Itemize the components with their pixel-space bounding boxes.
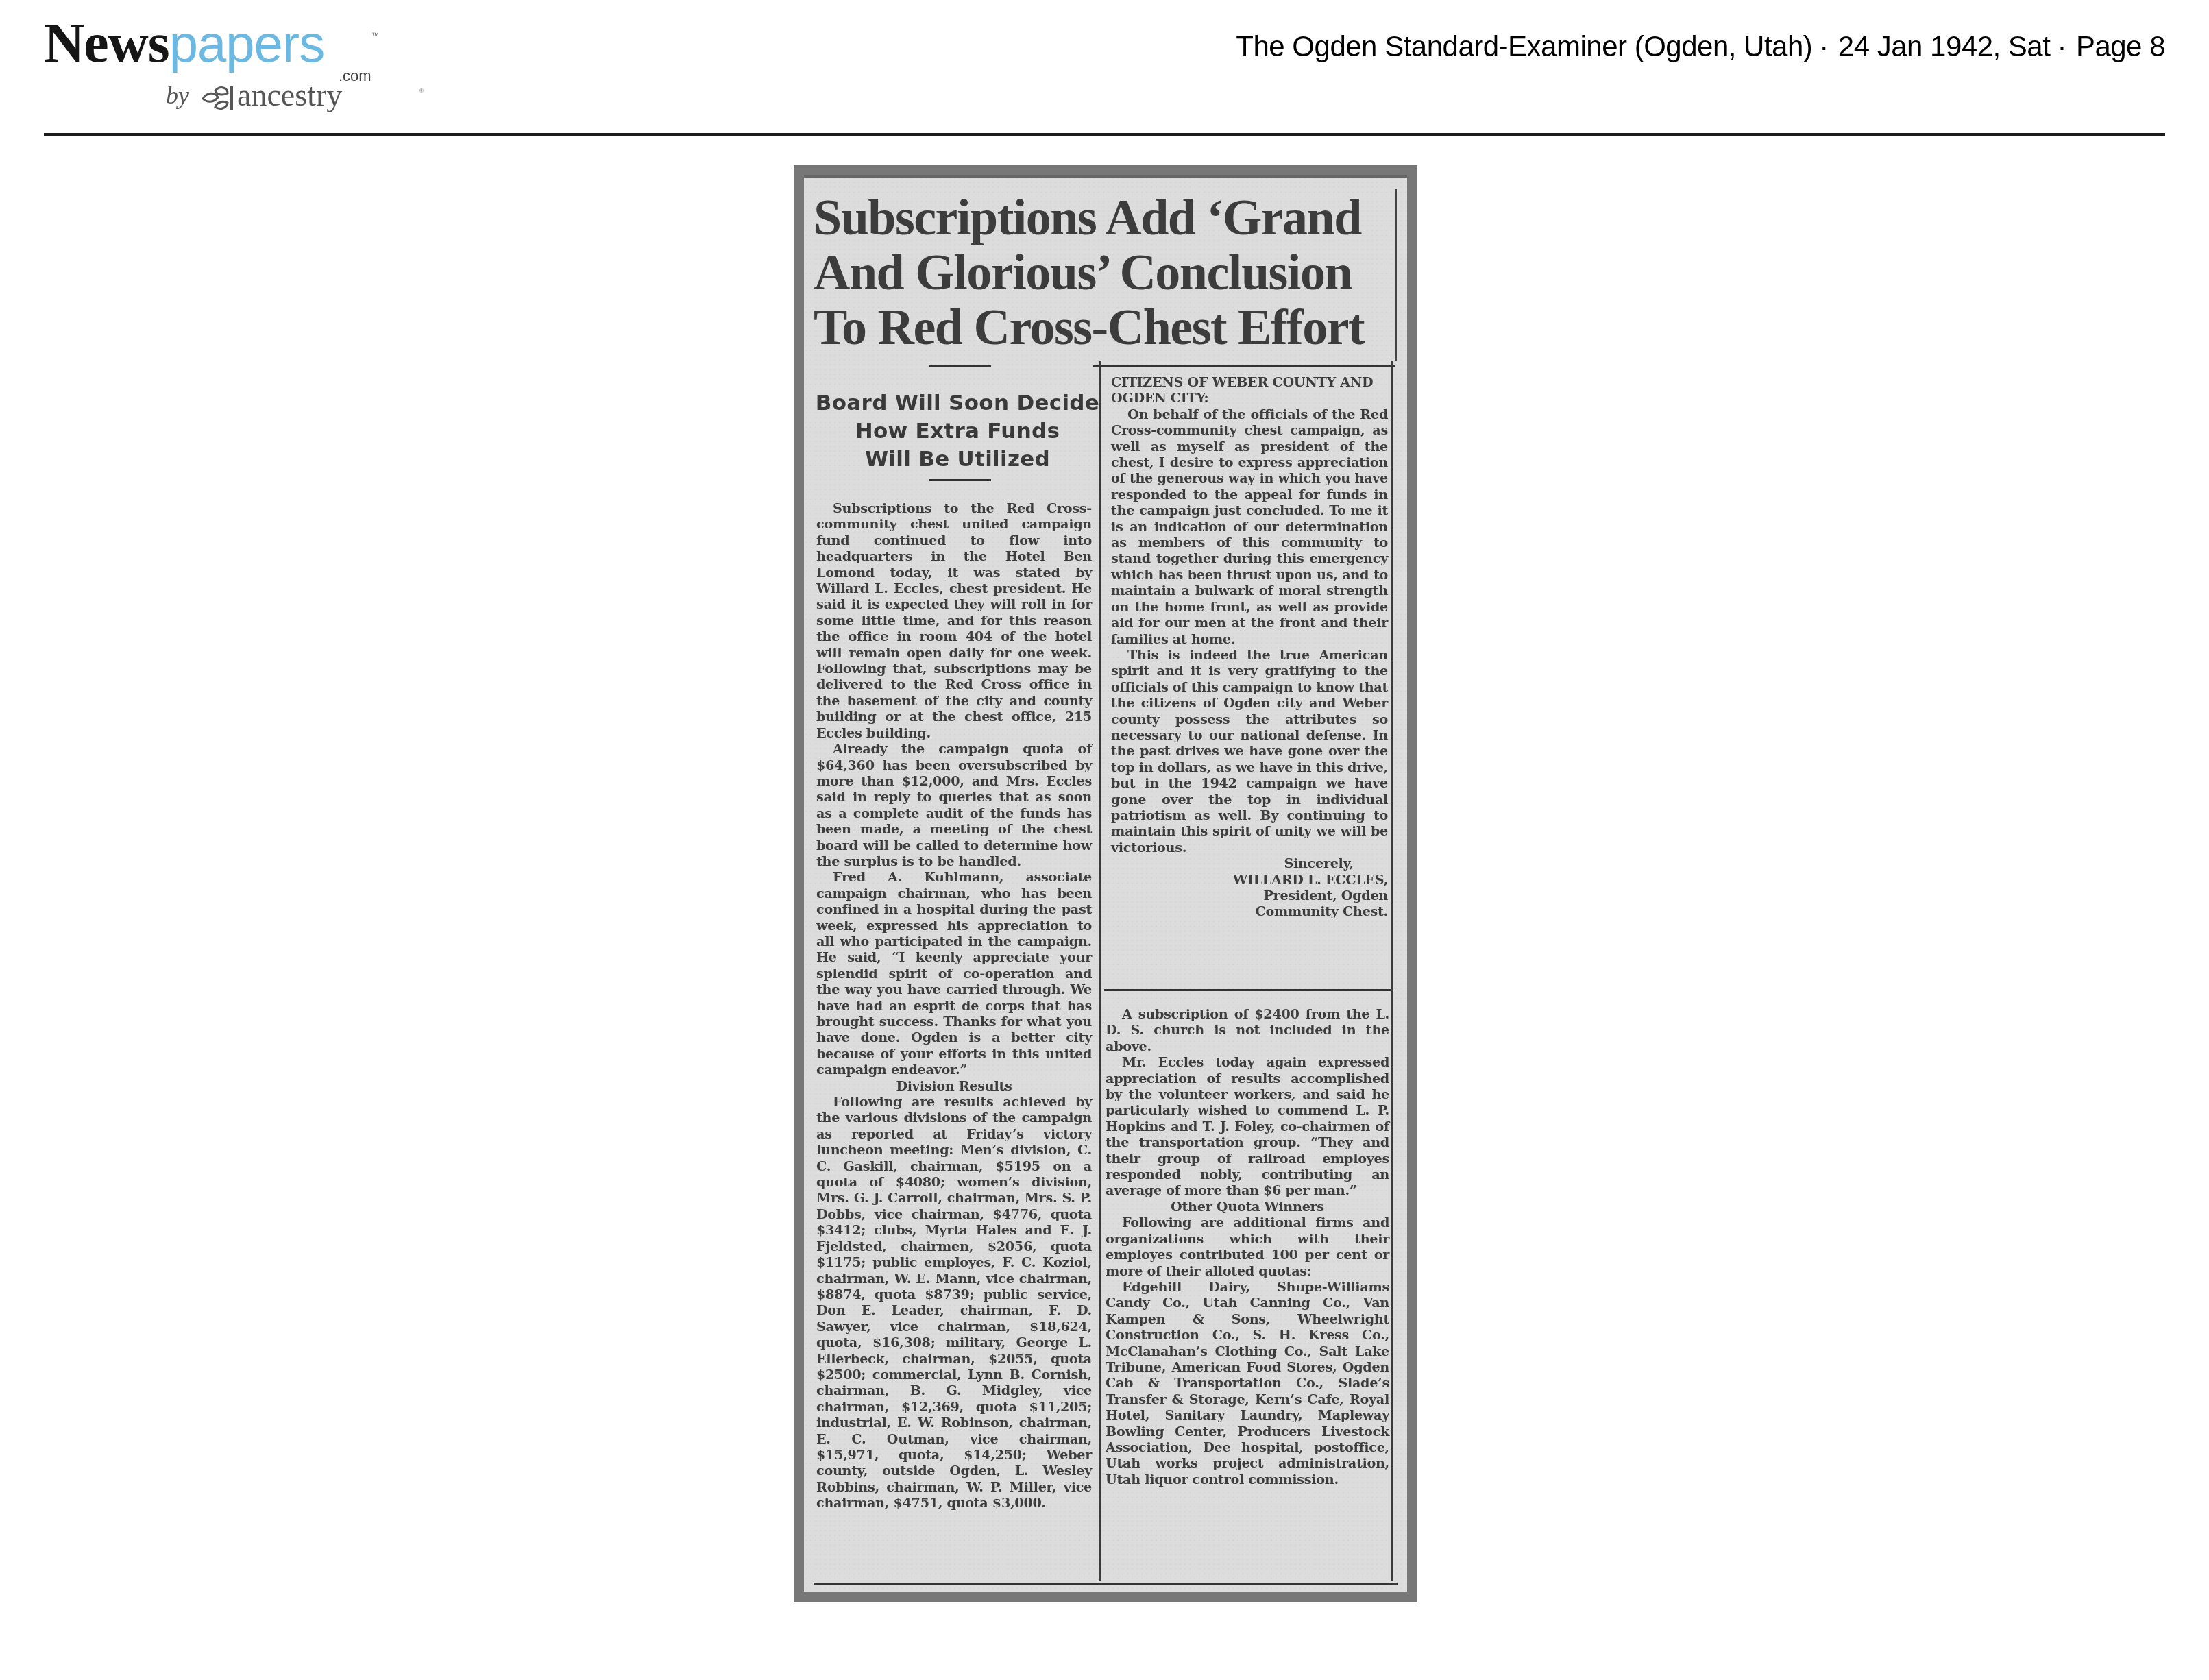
registered-symbol: ® <box>419 88 424 94</box>
letter-signer: WILLARD L. ECCLES, <box>1111 872 1388 888</box>
clipping-top-rule <box>804 175 1407 178</box>
logo-by: by <box>166 81 189 110</box>
article-paragraph: Fred A. Kuhlmann, associate campaign cha… <box>816 869 1092 1078</box>
article-paragraph: Already the campaign quota of $64,360 ha… <box>816 741 1092 869</box>
letter-box-bottom-rule <box>1104 989 1393 991</box>
section-heading-division-results: Division Results <box>816 1078 1092 1094</box>
subheadline-line: Will Be Utilized <box>814 446 1101 474</box>
logo-papers-text: papers <box>169 15 324 73</box>
letter-paragraph: On behalf of the officials of the Red Cr… <box>1111 406 1388 647</box>
letter-paragraph: This is indeed the true American spirit … <box>1111 647 1388 855</box>
logo-news-text: News <box>44 12 169 74</box>
headline-line: Subscriptions Add ‘Grand <box>814 191 1393 245</box>
short-rule <box>929 479 991 481</box>
letter-closing: Sincerely, <box>1111 855 1388 871</box>
article-paragraph: Mr. Eccles today again expressed appreci… <box>1106 1054 1389 1199</box>
short-rule <box>929 365 991 367</box>
logo-ancestry-text: ancestry <box>237 77 342 113</box>
letter-from-eccles: CITIZENS OF WEBER COUNTY AND OGDEN CITY:… <box>1111 374 1388 920</box>
page-number: Page 8 <box>2076 30 2165 63</box>
logo-dotcom: .com <box>339 67 371 85</box>
headline: Subscriptions Add ‘Grand And Glorious’ C… <box>814 191 1393 355</box>
winners-intro-paragraph: Following are additional firms and organ… <box>1106 1215 1389 1279</box>
logo-wordmark: Newspapers <box>44 12 324 76</box>
letter-salutation: CITIZENS OF WEBER COUNTY AND OGDEN CITY: <box>1111 374 1388 406</box>
winners-list-paragraph: Edgehill Dairy, Shupe-Williams Candy Co.… <box>1106 1279 1389 1487</box>
clipping-edge-rule <box>1395 189 1397 361</box>
clipping-bottom-rule <box>814 1583 1398 1585</box>
letter-signer-title: Community Chest. <box>1111 903 1388 919</box>
publication-date: 24 Jan 1942, Sat <box>1838 30 2051 63</box>
separator: · <box>2050 30 2076 63</box>
trademark-symbol: ™ <box>371 32 379 40</box>
headline-line: To Red Cross-Chest Effort <box>814 300 1393 355</box>
right-column: A subscription of $2400 from the L. D. S… <box>1106 1006 1389 1487</box>
publication-info: The Ogden Standard-Examiner (Ogden, Utah… <box>1236 30 2165 63</box>
article-paragraph: Subscriptions to the Red Cross-community… <box>816 500 1092 741</box>
subheadline-line: Board Will Soon Decide <box>814 389 1101 417</box>
newspapers-logo[interactable]: Newspapers ™ .com by ancestry ® <box>44 12 400 115</box>
header-divider <box>44 133 2165 136</box>
letter-box-top-rule <box>1093 365 1395 367</box>
subheadline: Board Will Soon Decide How Extra Funds W… <box>814 389 1101 474</box>
section-heading-other-quota-winners: Other Quota Winners <box>1106 1199 1389 1215</box>
column-divider <box>1391 361 1393 1581</box>
publication-name: The Ogden Standard-Examiner (Ogden, Utah… <box>1236 30 1812 63</box>
left-column: Subscriptions to the Red Cross-community… <box>816 500 1092 1511</box>
article-paragraph: A subscription of $2400 from the L. D. S… <box>1106 1006 1389 1054</box>
ancestry-leaf-icon <box>200 84 236 111</box>
letter-signer-title: President, Ogden <box>1111 888 1388 903</box>
subheadline-line: How Extra Funds <box>814 417 1101 446</box>
headline-line: And Glorious’ Conclusion <box>814 245 1393 300</box>
newspaper-clipping[interactable]: Subscriptions Add ‘Grand And Glorious’ C… <box>804 175 1407 1592</box>
column-divider <box>1099 361 1101 1581</box>
division-results-paragraph: Following are results achieved by the va… <box>816 1094 1092 1511</box>
separator: · <box>1812 30 1838 63</box>
